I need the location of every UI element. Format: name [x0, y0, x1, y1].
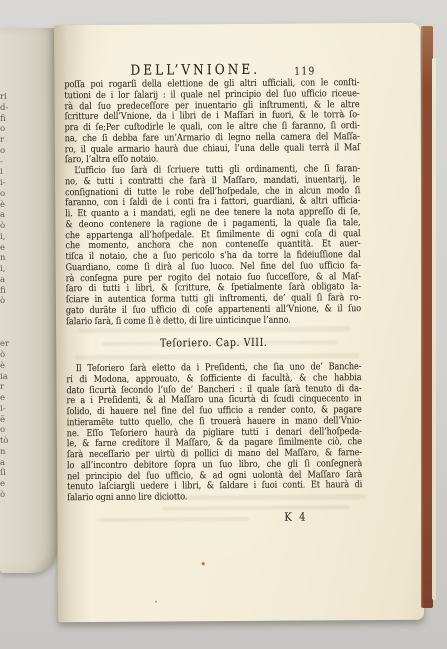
facing-line-fragment: a	[0, 275, 13, 286]
paragraph-2: L’ufficio ſuo ſarà di ſcriuere tutti gli…	[65, 164, 361, 327]
facing-line-fragment: i,	[0, 232, 13, 243]
facing-line-fragment: r	[0, 382, 13, 393]
facing-line-fragment: fi	[0, 286, 13, 297]
facing-line-fragment: o	[0, 124, 13, 135]
text-line: ſalario ogni anno lire diciotto.	[67, 491, 362, 504]
facing-line-fragment	[0, 318, 13, 329]
facing-line-fragment: er	[0, 339, 13, 350]
book-photograph: rid-fioro-ii-oèaòi,eni,afiò eròèiarei-ēo…	[0, 0, 447, 649]
facing-line-fragment: ò	[0, 350, 13, 361]
show-through-streak	[78, 326, 350, 332]
facing-line-fragment: a	[0, 210, 13, 221]
facing-line-fragment: d-	[0, 103, 13, 114]
facing-line-fragment: a	[0, 458, 13, 469]
facing-line-fragment: fi	[0, 114, 13, 125]
foxing-spot	[202, 562, 205, 565]
facing-line-fragment: n	[0, 253, 13, 264]
facing-page-edge: rid-fioro-ii-oèaòi,eni,afiò eròèiarei-ēo…	[0, 28, 58, 573]
facing-line-fragment: ſi	[0, 468, 13, 479]
page-block-edge	[432, 58, 436, 600]
facing-line-fragment: i	[0, 167, 13, 178]
book-page: DELL’VNIONE. 119 poſſa poi rogarſi della…	[54, 23, 424, 623]
facing-line-fragment: ē	[0, 415, 13, 426]
section-heading: Teſoriero. Cap. VIII.	[66, 335, 361, 350]
facing-line-fragment: ò	[0, 221, 13, 232]
paragraph-1: poſſa poi rogarſi della elettione de gli…	[64, 78, 360, 166]
facing-line-fragment: tò	[0, 436, 13, 447]
show-through-streak	[99, 517, 249, 522]
facing-line-fragment: ò	[0, 296, 13, 307]
show-through-streak	[161, 505, 349, 510]
facing-line-fragment: i,	[0, 264, 13, 275]
foxing-spot	[155, 601, 157, 603]
facing-line-fragment: o	[0, 189, 13, 200]
facing-line-fragment: i-	[0, 178, 13, 189]
show-through-streak	[75, 353, 359, 359]
facing-line-fragment: e	[0, 243, 13, 254]
text-line: ſalario ſarà, ſi come ſi è detto, di lir…	[66, 315, 361, 328]
facing-line-fragment: o	[0, 425, 13, 436]
facing-line-fragment	[0, 329, 13, 340]
facing-line-fragment: ò	[0, 490, 13, 501]
facing-page-line-endings: rid-fioro-ii-oèaòi,eni,afiò eròèiarei-ēo…	[0, 92, 13, 501]
facing-line-fragment: è	[0, 200, 13, 211]
facing-line-fragment: r	[0, 135, 13, 146]
facing-line-fragment: e	[0, 479, 13, 490]
facing-line-fragment: i-	[0, 404, 13, 415]
text-column: DELL’VNIONE. 119 poſſa poi rogarſi della…	[64, 23, 359, 25]
facing-line-fragment	[0, 307, 13, 318]
facing-line-fragment: è	[0, 361, 13, 372]
facing-line-fragment: -	[0, 157, 13, 168]
page-number: 119	[294, 65, 315, 77]
facing-line-fragment: ia	[0, 372, 13, 383]
facing-line-fragment: n	[0, 447, 13, 458]
paragraph-3: Il Teſoriero ſarà eletto da i Preſidenti…	[66, 362, 362, 504]
signature-mark: K 4	[284, 510, 305, 524]
facing-line-fragment: e	[0, 393, 13, 404]
facing-line-fragment: ri	[0, 92, 13, 103]
facing-line-fragment: o	[0, 146, 13, 157]
